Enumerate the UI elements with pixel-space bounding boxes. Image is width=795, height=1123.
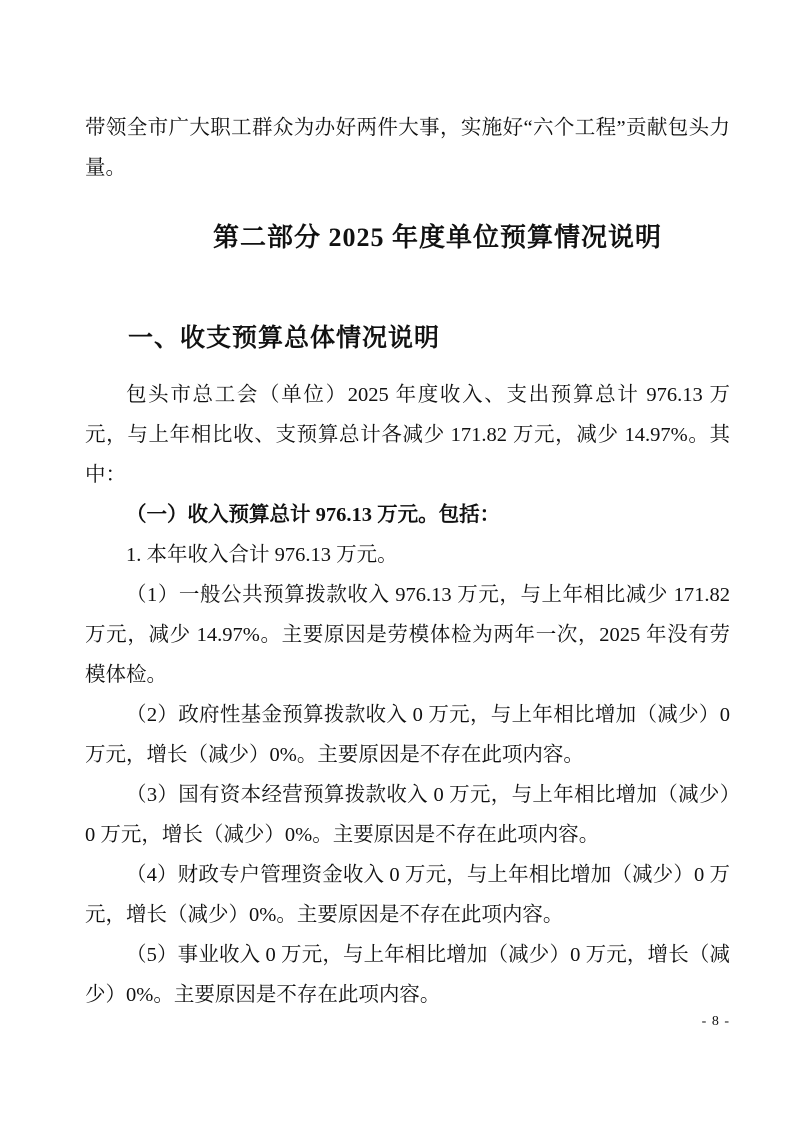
income-total-heading: （一）收入预算总计 976.13 万元。包括： xyxy=(85,495,730,535)
overview-paragraph: 包头市总工会（单位）2025 年度收入、支出预算总计 976.13 万元，与上年… xyxy=(85,375,730,495)
income-item: 1. 本年收入合计 976.13 万元。 xyxy=(85,535,730,575)
income-item: （5）事业收入 0 万元，与上年相比增加（减少）0 万元，增长（减少）0%。主要… xyxy=(85,935,730,1015)
income-item: （3）国有资本经营预算拨款收入 0 万元，与上年相比增加（减少）0 万元，增长（… xyxy=(85,775,730,855)
income-item: （2）政府性基金预算拨款收入 0 万元，与上年相比增加（减少）0 万元，增长（减… xyxy=(85,695,730,775)
income-item: （4）财政专户管理资金收入 0 万元，与上年相比增加（减少）0 万元，增长（减少… xyxy=(85,855,730,935)
intro-paragraph-text: 带领全市广大职工群众为办好两件大事，实施好“六个工程”贡献包头力量。 xyxy=(85,108,730,188)
section-heading: 一、收支预算总体情况说明 xyxy=(85,318,730,358)
page-number: - 8 - xyxy=(85,1012,730,1032)
part-heading: 第二部分 2025 年度单位预算情况说明 xyxy=(85,218,760,258)
intro-paragraph: 带领全市广大职工群众为办好两件大事，实施好“六个工程”贡献包头力量。 xyxy=(85,108,730,188)
budget-overview-body: 包头市总工会（单位）2025 年度收入、支出预算总计 976.13 万元，与上年… xyxy=(85,375,730,1015)
document-page: 带领全市广大职工群众为办好两件大事，实施好“六个工程”贡献包头力量。 第二部分 … xyxy=(0,0,795,1123)
income-item: （1）一般公共预算拨款收入 976.13 万元，与上年相比减少 171.82 万… xyxy=(85,575,730,695)
